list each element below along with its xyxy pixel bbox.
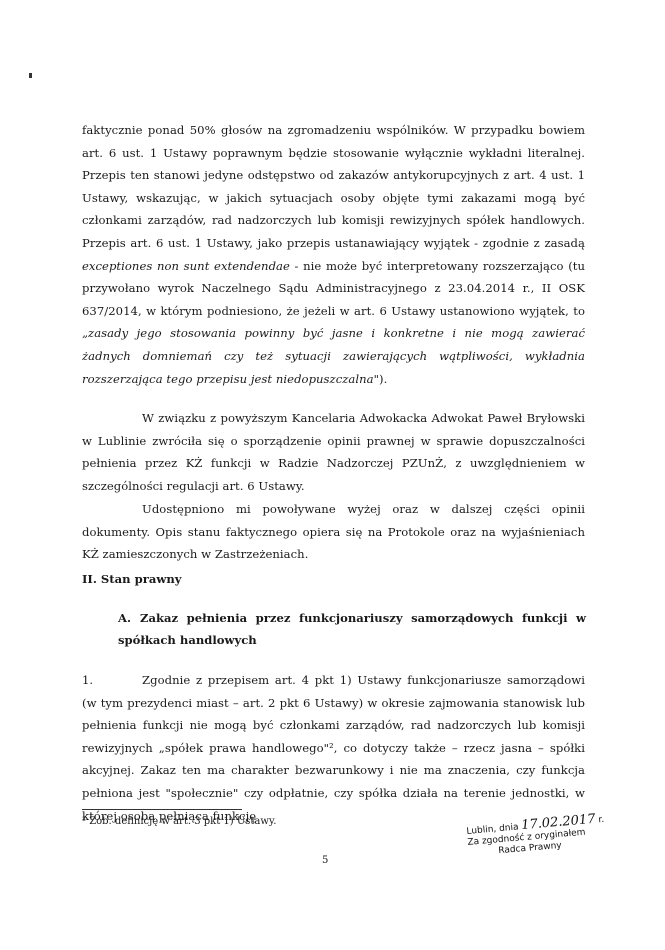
subsection-title: Zakaz pełnienia przez funkcjonariuszy sa… xyxy=(118,611,586,647)
subsection-heading: A.Zakaz pełnienia przez funkcjonariuszy … xyxy=(118,607,586,651)
paragraph-text: faktycznie ponad 50% głosów na zgromadze… xyxy=(82,123,585,250)
paragraph-documents: Udostępniono mi powoływane wyżej oraz w … xyxy=(82,498,585,566)
paragraph-continuation: faktycznie ponad 50% głosów na zgromadze… xyxy=(82,119,585,390)
paragraph-text: Zgodnie z przepisem art. 4 pkt 1) Ustawy… xyxy=(82,673,585,823)
scan-speck xyxy=(29,73,32,78)
footnote: ² Zob. definicję w art. 3 pkt 1) Ustawy. xyxy=(82,815,276,829)
paragraph-text: ). xyxy=(379,372,387,386)
numbered-paragraph: 1.Zgodnie z przepisem art. 4 pkt 1) Usta… xyxy=(82,669,585,827)
page-number: 5 xyxy=(322,855,328,866)
subsection-label: A. xyxy=(118,607,140,629)
paragraph-text: Udostępniono mi powoływane wyżej oraz w … xyxy=(82,498,585,566)
section-heading: II. Stan prawny xyxy=(82,568,182,590)
paragraph-request: W związku z powyższym Kancelaria Adwokac… xyxy=(82,407,585,497)
footnote-divider xyxy=(82,809,242,810)
latin-maxim: exceptiones non sunt extendendae xyxy=(82,259,290,273)
paragraph-text: W związku z powyższym Kancelaria Adwokac… xyxy=(82,407,585,497)
stamp-suffix: r. xyxy=(598,815,605,825)
paragraph-number: 1. xyxy=(82,669,142,692)
document-page: faktycznie ponad 50% głosów na zgromadze… xyxy=(0,0,665,950)
court-quote: „zasady jego stosowania powinny być jasn… xyxy=(82,326,585,385)
